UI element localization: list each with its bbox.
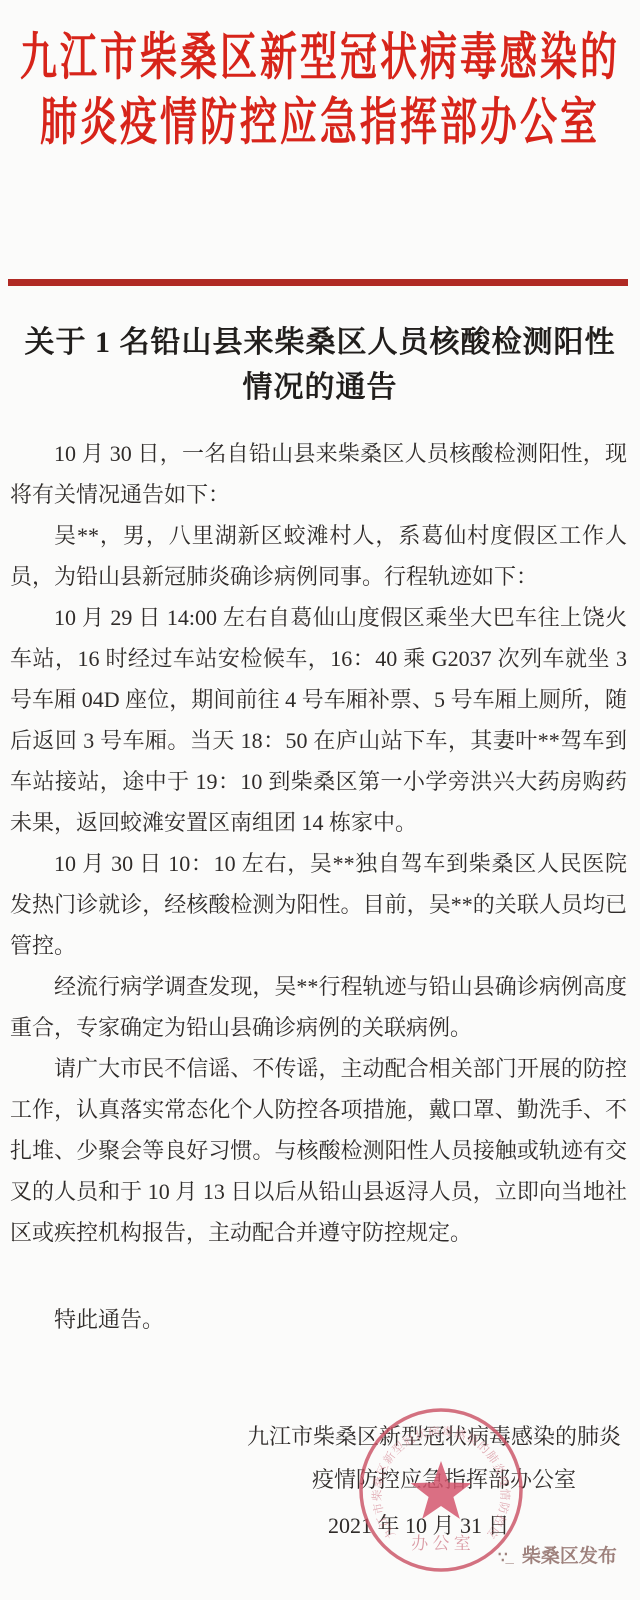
notice-document: 九江市柴桑区新型冠状病毒感染的 肺炎疫情防控应急指挥部办公室 关于 1 名铅山县… bbox=[0, 0, 640, 1600]
watermark-logo-mark: ∵_ bbox=[498, 1549, 512, 1566]
body-paragraph: 请广大市民不信谣、不传谣，主动配合相关部门开展的防控工作，认真落实常态化个人防控… bbox=[10, 1048, 627, 1253]
header-org-name: 九江市柴桑区新型冠状病毒感染的 肺炎疫情防控应急指挥部办公室 bbox=[0, 26, 640, 156]
red-divider-line bbox=[8, 279, 628, 286]
header-org-line-2: 肺炎疫情防控应急指挥部办公室 bbox=[0, 79, 640, 169]
notice-title-line-1: 关于 1 名铅山县来柴桑区人员核酸检测阳性 bbox=[0, 320, 640, 365]
notice-title: 关于 1 名铅山县来柴桑区人员核酸检测阳性 情况的通告 bbox=[0, 320, 640, 410]
watermark-text: 柴桑区发布 bbox=[522, 1546, 617, 1567]
signature-date: 2021 年 10 月 31 日 bbox=[328, 1509, 510, 1540]
notice-body: 10 月 30 日，一名自铅山县来柴桑区人员核酸检测阳性，现将有关情况通告如下：… bbox=[10, 433, 627, 1340]
notice-title-line-2: 情况的通告 bbox=[0, 365, 640, 410]
publisher-watermark: ∵_柴桑区发布 bbox=[498, 1541, 617, 1568]
body-paragraph: 10 月 30 日 10：10 左右，吴**独自驾车到柴桑区人民医院发热门诊就诊… bbox=[10, 843, 627, 966]
body-paragraph: 经流行病学调查发现，吴**行程轨迹与铅山县确诊病例高度重合，专家确定为铅山县确诊… bbox=[10, 966, 627, 1048]
body-paragraph: 10 月 29 日 14:00 左右自葛仙山度假区乘坐大巴车往上饶火车站，16 … bbox=[10, 597, 627, 843]
signature-org-line-2: 疫情防控应急指挥部办公室 bbox=[312, 1463, 576, 1494]
closing-line: 特此通告。 bbox=[10, 1299, 627, 1340]
body-paragraph: 10 月 30 日，一名自铅山县来柴桑区人员核酸检测阳性，现将有关情况通告如下： bbox=[10, 433, 627, 515]
signature-org-line-1: 九江市柴桑区新型冠状病毒感染的肺炎 bbox=[247, 1420, 621, 1451]
body-paragraph: 吴**，男，八里湖新区蛟滩村人，系葛仙村度假区工作人员，为铅山县新冠肺炎确诊病例… bbox=[10, 515, 627, 597]
